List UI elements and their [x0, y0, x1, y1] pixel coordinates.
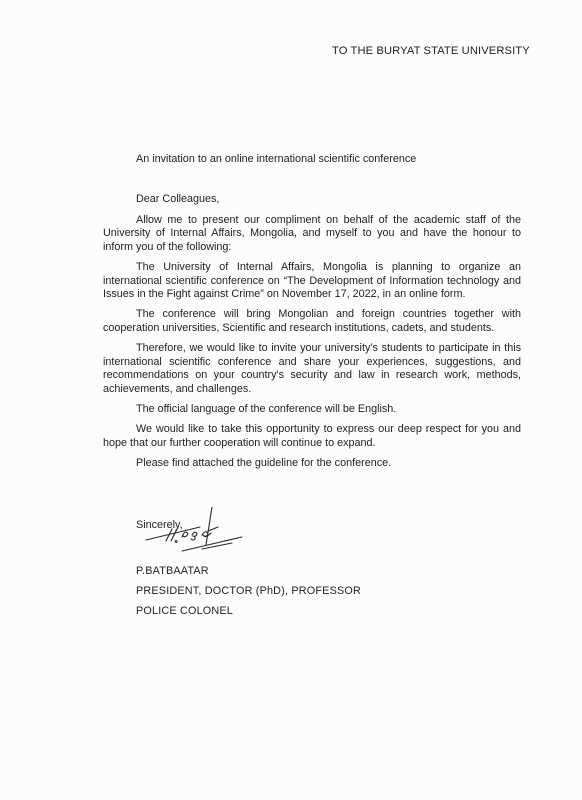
paragraph: The University of Internal Affairs, Mong… [103, 261, 521, 302]
signatory-title: PRESIDENT, DOCTOR (PhD), PROFESSOR [136, 581, 361, 601]
letter-page: TO THE BURYAT STATE UNIVERSITY An invita… [0, 0, 582, 800]
paragraph: Please find attached the guideline for t… [103, 457, 521, 471]
addressee: TO THE BURYAT STATE UNIVERSITY [332, 45, 530, 57]
paragraph: We would like to take this opportunity t… [103, 423, 521, 450]
paragraph: The official language of the conference … [103, 403, 521, 417]
signature-icon [142, 507, 262, 557]
signatory-block: P.BATBAATAR PRESIDENT, DOCTOR (PhD), PRO… [136, 561, 361, 621]
letter-body: Dear Colleagues, Allow me to present our… [103, 193, 521, 477]
paragraph: Allow me to present our compliment on be… [103, 214, 521, 255]
salutation: Dear Colleagues, [103, 193, 521, 207]
paragraph: Therefore, we would like to invite your … [103, 342, 521, 396]
letter-subject: An invitation to an online international… [136, 153, 416, 165]
signatory-rank: POLICE COLONEL [136, 601, 361, 621]
paragraph: The conference will bring Mongolian and … [103, 308, 521, 335]
signatory-name: P.BATBAATAR [136, 561, 361, 581]
